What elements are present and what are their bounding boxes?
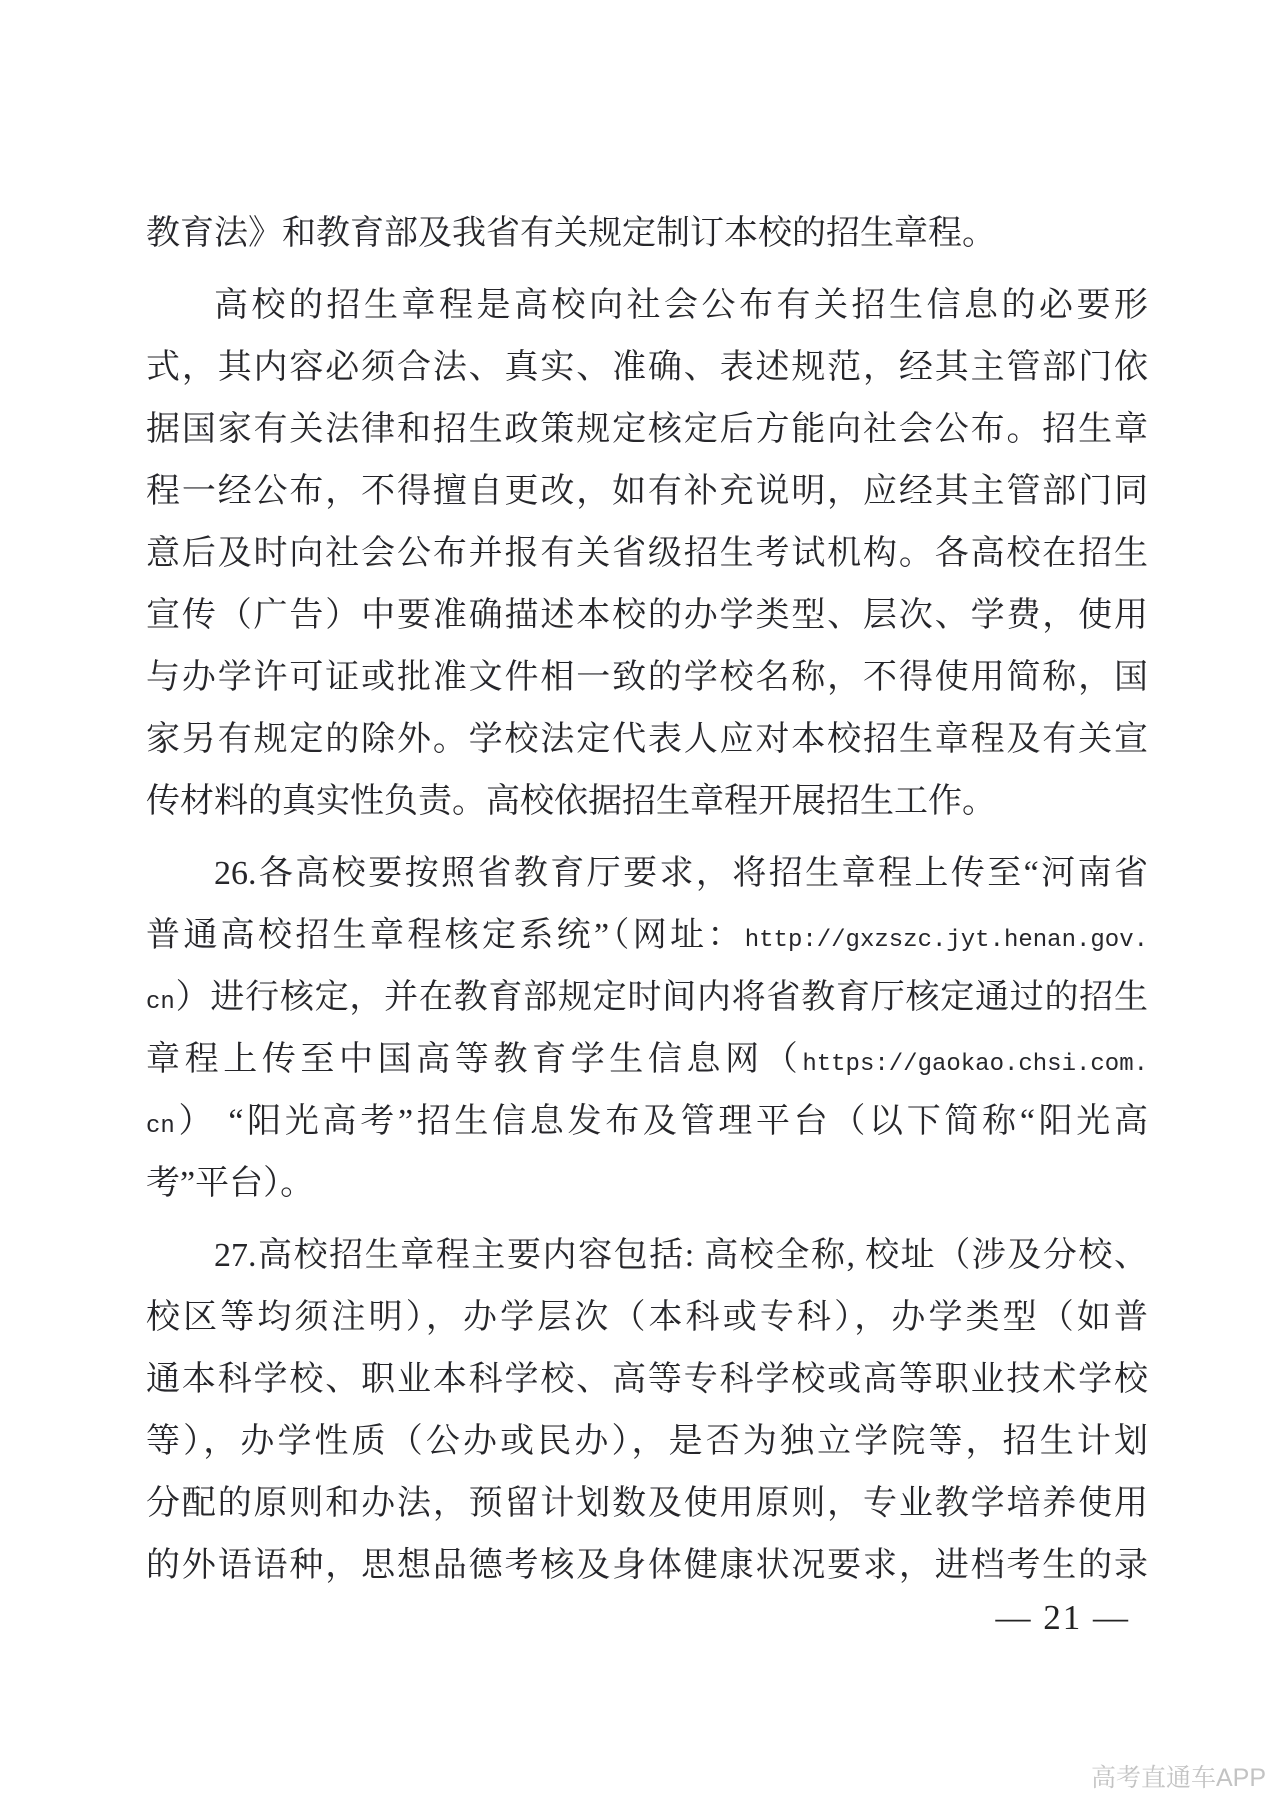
cjk-text: 普通高校招生章程核定系统”（网址： <box>146 917 745 954</box>
text-line: 据国家有关法律和招生政策规定核定后方能向社会公布。招生章 <box>146 399 1148 461</box>
text-line: 通本科学校、职业本科学校、高等专科学校或高等职业技术学校 <box>146 1349 1148 1411</box>
cjk-text: 章程上传至中国高等教育学生信息网（ <box>146 1041 802 1078</box>
paragraph-3: 26.各高校要按照省教育厅要求，将招生章程上传至“河南省普通高校招生章程核定系统… <box>146 843 1148 1215</box>
text-line: 26.各高校要按照省教育厅要求，将招生章程上传至“河南省 <box>146 843 1148 905</box>
text-line: 意后及时向社会公布并报有关省级招生考试机构。各高校在招生 <box>146 523 1148 585</box>
url-text: cn <box>146 1113 175 1140</box>
watermark-label: 高考直通车APP <box>1091 1758 1266 1794</box>
document-page: 教育法》和教育部及我省有关规定制订本校的招生章程。高校的招生章程是高校向社会公布… <box>0 0 1280 1811</box>
url-text: https://gaokao.chsi.com. <box>802 1051 1148 1078</box>
text-line: 宣传（广告）中要准确描述本校的办学类型、层次、学费，使用 <box>146 585 1148 647</box>
cjk-text: ） “阳光高考”招生信息发布及管理平台（以下简称“阳光高 <box>175 1103 1148 1140</box>
text-line: 教育法》和教育部及我省有关规定制订本校的招生章程。 <box>146 203 1148 265</box>
cjk-text: ）进行核定，并在教育部规定时间内将省教育厅核定通过的招生 <box>175 979 1148 1016</box>
url-text: cn <box>146 989 175 1016</box>
text-line: 普通高校招生章程核定系统”（网址：http://gxzszc.jyt.henan… <box>146 905 1148 967</box>
text-line: 章程上传至中国高等教育学生信息网（https://gaokao.chsi.com… <box>146 1029 1148 1091</box>
text-line: 校区等均须注明），办学层次（本科或专科），办学类型（如普 <box>146 1287 1148 1349</box>
text-line: 分配的原则和办法，预留计划数及使用原则，专业教学培养使用 <box>146 1473 1148 1535</box>
document-body: 教育法》和教育部及我省有关规定制订本校的招生章程。高校的招生章程是高校向社会公布… <box>146 203 1148 1597</box>
text-line: 传材料的真实性负责。高校依据招生章程开展招生工作。 <box>146 771 1148 833</box>
paragraph-2: 高校的招生章程是高校向社会公布有关招生信息的必要形式，其内容必须合法、真实、准确… <box>146 275 1148 833</box>
text-line: 与办学许可证或批准文件相一致的学校名称，不得使用简称，国 <box>146 647 1148 709</box>
text-line: 的外语语种，思想品德考核及身体健康状况要求，进档考生的录 <box>146 1535 1148 1597</box>
text-line: 27.高校招生章程主要内容包括: 高校全称, 校址（涉及分校、 <box>146 1225 1148 1287</box>
text-line: 高校的招生章程是高校向社会公布有关招生信息的必要形 <box>146 275 1148 337</box>
text-line: cn）进行核定，并在教育部规定时间内将省教育厅核定通过的招生 <box>146 967 1148 1029</box>
text-line: 程一经公布，不得擅自更改，如有补充说明，应经其主管部门同 <box>146 461 1148 523</box>
text-line: 等），办学性质（公办或民办），是否为独立学院等，招生计划 <box>146 1411 1148 1473</box>
url-text: http://gxzszc.jyt.henan.gov. <box>745 927 1148 954</box>
paragraph-4: 27.高校招生章程主要内容包括: 高校全称, 校址（涉及分校、校区等均须注明），… <box>146 1225 1148 1597</box>
page-number: — 21 — <box>996 1598 1131 1638</box>
paragraph-1: 教育法》和教育部及我省有关规定制订本校的招生章程。 <box>146 203 1148 265</box>
text-line: 考”平台）。 <box>146 1153 1148 1215</box>
text-line: 式，其内容必须合法、真实、准确、表述规范，经其主管部门依 <box>146 337 1148 399</box>
text-line: cn） “阳光高考”招生信息发布及管理平台（以下简称“阳光高 <box>146 1091 1148 1153</box>
text-line: 家另有规定的除外。学校法定代表人应对本校招生章程及有关宣 <box>146 709 1148 771</box>
